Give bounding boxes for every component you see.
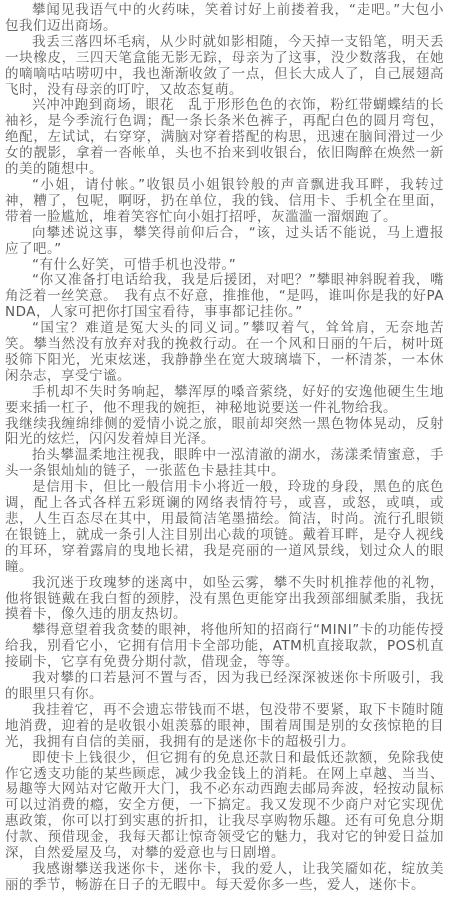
paragraph: 我继续我缠绵绯侧的爱情小说之旅，眼前却突然一黑色物体晃动，反射阳光的炫烂，闪闪发… <box>5 417 444 449</box>
paragraph: 我丢三落四坏毛病，从少时就如影相随，今天掉一支铅笔，明天丢一块橡皮，三四天笔盒能… <box>5 35 444 99</box>
paragraph: “小姐，请付帐。”收银员小姐银铃般的声音飘进我耳畔，我转过神，糟了，包呢，啊呀，… <box>5 178 444 226</box>
paragraph: 手机却不失时务响起，攀浑厚的嗓音萦绕，好好的安逸他硬生生地要来插一杠子，他不理我… <box>5 385 444 417</box>
paragraph: “国宝？难道是冤大头的同义词。”攀叹着气，耸耸肩，无奈地苦笑。攀当然没有放弃对我… <box>5 321 444 385</box>
paragraph: 兴冲冲跑到商场，眼花 乱于形形色色的衣饰，粉红带蝴蝶结的长袖衫，是今季流行色调；… <box>5 98 444 178</box>
paragraph: 向攀述说这事，攀笑得前仰后合，“该，过头话不能说，马上遭报应了吧。” <box>5 226 444 258</box>
paragraph: “你又准备打电话给我，我是后援团，对吧？”攀眼神斜睨着我，嘴角泛着一丝笑意。 我… <box>5 273 444 321</box>
paragraph: 攀闻见我语气中的火药味，笑着讨好上前搂着我，“走吧。”大包小包我们迈出商场。 <box>5 3 444 35</box>
paragraph: 攀得意望着我贪婪的眼神，将他所知的招商行“MINI”卡的功能传授给我，别看它小，… <box>5 623 444 671</box>
paragraph: 我对攀的口若悬河不置与否，因为我已经深深被迷你卡所吸引，我的眼里只有你。 <box>5 671 444 703</box>
paragraph: 我沉迷于玫瑰梦的迷离中，如坠云雾，攀不失时机推荐他的礼物，他将银链戴在我白皙的颈… <box>5 576 444 624</box>
paragraph: 抬头攀温柔地注视我，眼眸中一泓清澈的湖水，荡漾柔情蜜意，手头一条银灿灿的链子，一… <box>5 448 444 480</box>
paragraph: 是信用卡，但比一般信用卡小将近一般，玲珑的身段，黑色的底色调，配上各式各样五彩斑… <box>5 480 444 575</box>
paragraph: 即使卡上钱很少，但它拥有的免息还款日和最低还款额，免除我使作它透支功能的某些顾虑… <box>5 751 444 862</box>
paragraph: 我感谢攀送我迷你卡，迷你卡，我的爱人，让我笑靥如花，绽放美丽的季节，畅游在日子的… <box>5 862 444 894</box>
document-page: 攀闻见我语气中的火药味，笑着讨好上前搂着我，“走吧。”大包小包我们迈出商场。 我… <box>0 0 449 898</box>
paragraph: 我挂着它，再不会遗忘带钱而不堪，包没带不要紧，取下卡随时随地消费，迎着的是收银小… <box>5 703 444 751</box>
